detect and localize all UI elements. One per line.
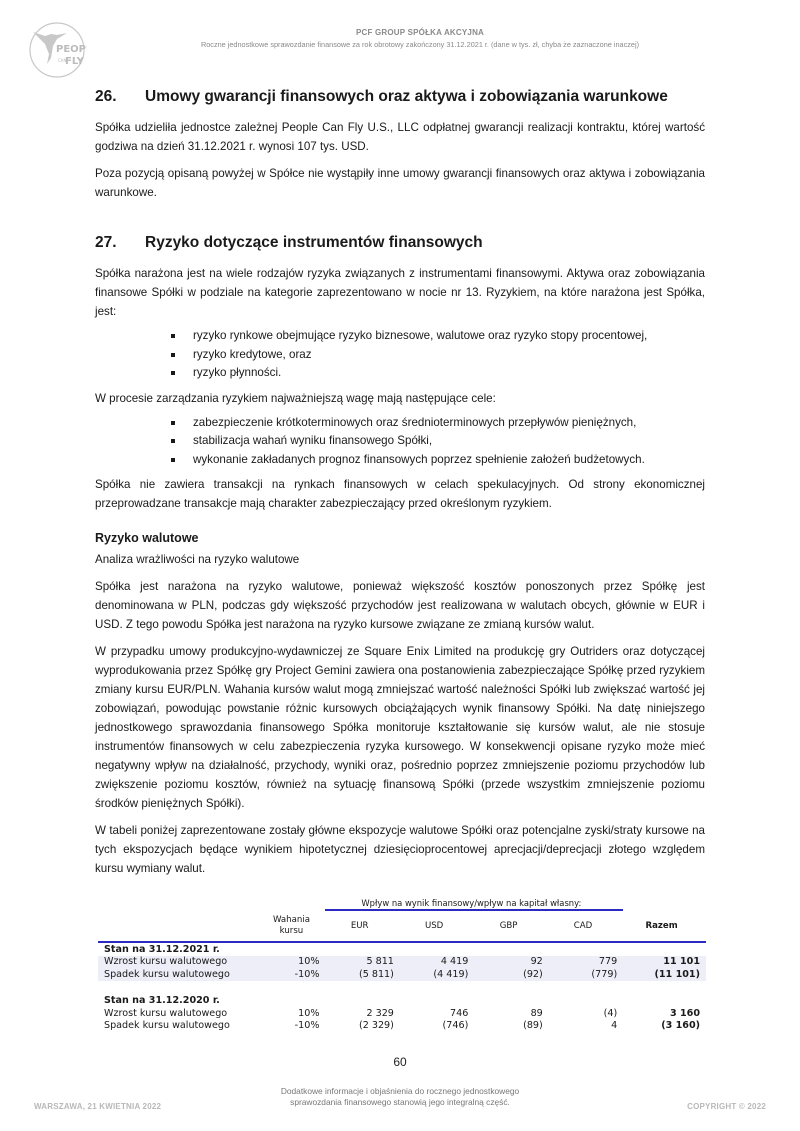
bullet-icon xyxy=(169,451,193,470)
logo-icon: PEOPLE CAN FLY xyxy=(27,20,87,80)
list-item: ryzyko płynności. xyxy=(169,364,705,383)
spacer-row xyxy=(98,981,706,995)
group-label: Stan na 31.12.2021 r. xyxy=(98,942,263,956)
paragraph: Poza pozycją opisaną powyżej w Spółce ni… xyxy=(95,164,705,202)
paragraph: Spółka nie zawiera transakcji na rynkach… xyxy=(95,475,705,513)
group-header-row: Stan na 31.12.2020 r. xyxy=(98,995,706,1008)
table-row: Wzrost kursu walutowego 10% 2 329 746 89… xyxy=(98,1007,706,1020)
impact-header: Wpływ na wynik finansowy/wpływ na kapita… xyxy=(325,897,623,910)
paragraph: Spółka udzieliła jednostce zależnej Peop… xyxy=(95,118,705,156)
section-number: 27. xyxy=(95,234,145,252)
paragraph: Spółka jest narażona na ryzyko walutowe,… xyxy=(95,577,705,634)
column-header: EUR xyxy=(325,910,399,942)
group-label: Stan na 31.12.2020 r. xyxy=(98,995,263,1008)
goals-list: zabezpieczenie krótkoterminowych oraz śr… xyxy=(95,414,705,470)
column-header: Razem xyxy=(623,910,706,942)
report-subtitle: Roczne jednostkowe sprawozdanie finansow… xyxy=(130,40,710,49)
list-item: wykonanie zakładanych prognoz finansowyc… xyxy=(169,451,705,470)
group-header-row: Stan na 31.12.2021 r. xyxy=(98,942,706,956)
section-26-heading: 26. Umowy gwarancji finansowych oraz akt… xyxy=(95,88,705,106)
list-item: stabilizacja wahań wyniku finansowego Sp… xyxy=(169,432,705,451)
section-27-heading: 27. Ryzyko dotyczące instrumentów finans… xyxy=(95,234,705,252)
section-title: Ryzyko dotyczące instrumentów finansowyc… xyxy=(145,234,483,252)
company-name: PCF GROUP SPÓŁKA AKCYJNA xyxy=(130,28,710,37)
people-can-fly-logo: PEOPLE CAN FLY xyxy=(27,20,87,80)
impact-header-row: Wpływ na wynik finansowy/wpływ na kapita… xyxy=(98,897,706,910)
list-item: ryzyko rynkowe obejmujące ryzyko bizneso… xyxy=(169,327,705,346)
svg-text:FLY: FLY xyxy=(65,56,85,67)
paragraph: W tabeli poniżej zaprezentowane zostały … xyxy=(95,821,705,878)
section-number: 26. xyxy=(95,88,145,106)
risk-list: ryzyko rynkowe obejmujące ryzyko bizneso… xyxy=(95,327,705,383)
paragraph: Spółka narażona jest na wiele rodzajów r… xyxy=(95,264,705,321)
column-header: Wahania kursu xyxy=(263,910,325,942)
column-header: USD xyxy=(400,910,474,942)
footer-note: Dodatkowe informacje i objaśnienia do ro… xyxy=(220,1086,580,1108)
bullet-icon xyxy=(169,327,193,346)
bullet-icon xyxy=(169,346,193,365)
table-row: Spadek kursu walutowego -10% (2 329) (74… xyxy=(98,1020,706,1033)
fx-risk-subheading: Analiza wrażliwości na ryzyko walutowe xyxy=(95,550,705,569)
list-item: ryzyko kredytowe, oraz xyxy=(169,346,705,365)
paragraph: W przypadku umowy produkcyjno-wydawnicze… xyxy=(95,642,705,813)
paragraph: W procesie zarządzania ryzykiem najważni… xyxy=(95,389,705,408)
fx-risk-heading: Ryzyko walutowe xyxy=(95,529,705,547)
fx-sensitivity-table: Wpływ na wynik finansowy/wpływ na kapita… xyxy=(98,897,706,1032)
bullet-icon xyxy=(169,432,193,451)
bullet-icon xyxy=(169,414,193,433)
column-header-row: Wahania kursu EUR USD GBP CAD Razem xyxy=(98,910,706,942)
column-header: GBP xyxy=(474,910,548,942)
list-item: zabezpieczenie krótkoterminowych oraz śr… xyxy=(169,414,705,433)
table-row: Spadek kursu walutowego -10% (5 811) (4 … xyxy=(98,968,706,981)
page-header: PCF GROUP SPÓŁKA AKCYJNA Roczne jednostk… xyxy=(130,28,710,49)
bullet-icon xyxy=(169,364,193,383)
column-header: CAD xyxy=(549,910,623,942)
section-title: Umowy gwarancji finansowych oraz aktywa … xyxy=(145,88,668,106)
svg-text:PEOPLE: PEOPLE xyxy=(56,44,87,55)
page-number: 60 xyxy=(0,1055,800,1069)
table-row: Wzrost kursu walutowego 10% 5 811 4 419 … xyxy=(98,956,706,969)
document-body: 26. Umowy gwarancji finansowych oraz akt… xyxy=(95,88,705,878)
footer-date: WARSZAWA, 21 KWIETNIA 2022 xyxy=(34,1102,161,1111)
footer-copyright: COPYRIGHT © 2022 xyxy=(687,1102,766,1111)
